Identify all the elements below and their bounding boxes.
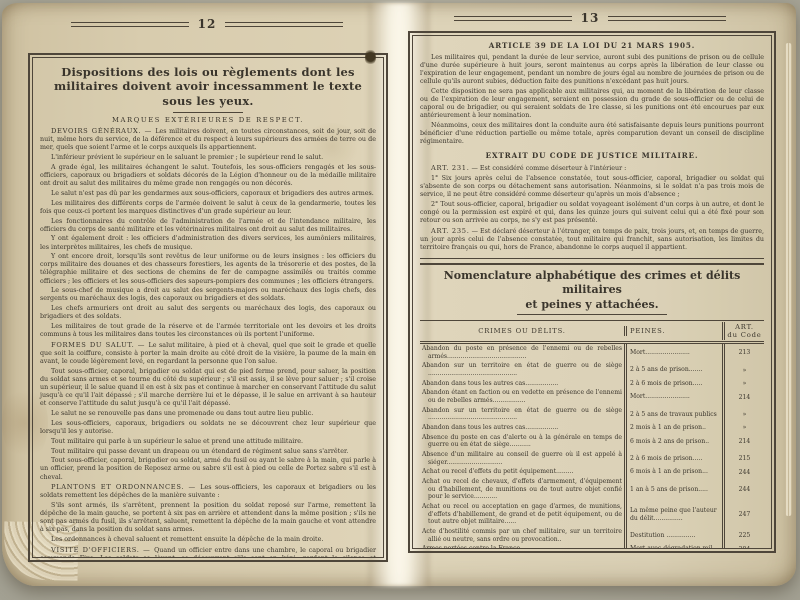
table-row: Armes portées contre la France,.........…: [420, 544, 764, 549]
section-heading: MARQUES EXTÉRIEURES DE RESPECT.: [40, 116, 376, 124]
paragraph: Le sous-chef de musique a droit au salut…: [40, 287, 376, 303]
paragraph: Tout militaire qui passe devant un drape…: [40, 448, 376, 456]
paragraph: PLANTONS ET ORDONNANCES. — Les sous-offi…: [40, 483, 376, 500]
nomenclature-title-line1: Nomenclature alphabétique des crimes et …: [444, 269, 741, 296]
cell-art: »: [722, 406, 764, 423]
cell-crime: Abandon étant en faction ou en vedette e…: [420, 388, 624, 405]
paragraph: Les militaires de tout grade de la réser…: [40, 323, 376, 339]
cell-peine: 1 an à 5 ans de prison.....: [624, 477, 722, 502]
page-12-content: Dispositions des lois ou règlements dont…: [32, 57, 384, 558]
article-heading: ARTICLE 39 DE LA LOI DU 21 MARS 1905.: [420, 41, 764, 50]
cell-peine: Mort.......................: [624, 388, 722, 405]
paragraph: L'inférieur prévient le supérieur en le …: [40, 154, 376, 162]
cell-peine: Mort avec dégradation mil.: [624, 544, 722, 549]
nomenclature-title: Nomenclature alphabétique des crimes et …: [426, 269, 758, 312]
paragraph: Les sous-officiers, caporaux, brigadiers…: [40, 420, 376, 436]
paragraph-lead: VISITE D'OFFICIERS. —: [51, 546, 154, 554]
body-text-left: DEVOIRS GÉNÉRAUX. — Les militaires doive…: [40, 127, 376, 558]
paragraph: 1° Six jours après celui de l'absence co…: [420, 175, 764, 199]
paragraph: Les fonctionnaires du contrôle de l'admi…: [40, 218, 376, 234]
paragraph: S'ils sont armés, ils s'arrêtent, prenne…: [40, 502, 376, 534]
paragraph: Cette disposition ne sera pas applicable…: [420, 88, 764, 120]
paragraph-lead: DEVOIRS GÉNÉRAUX. —: [51, 127, 155, 135]
cell-art: »: [722, 423, 764, 433]
paragraph: Tout sous-officier, caporal, brigadier o…: [40, 457, 376, 481]
paragraph: Le salut n'est pas dû par les gendarmes …: [40, 190, 376, 198]
cell-peine: La même peine que l'auteur du délit.....…: [624, 502, 722, 527]
column-header-peines: PEINES.: [624, 326, 722, 337]
page-13-content: ARTICLE 39 DE LA LOI DU 21 MARS 1905. Le…: [412, 35, 772, 549]
cell-crime: Abandon dans tous les autres cas........…: [420, 379, 624, 389]
table-row: Abandon étant en faction ou en vedette e…: [420, 388, 764, 405]
paragraph: FORMES DU SALUT. — Le salut militaire, à…: [40, 341, 376, 366]
paragraph: Néanmoins, ceux des militaires dont la c…: [420, 122, 764, 146]
paragraph: ART. 235. — Est déclaré déserteur à l'ét…: [420, 227, 764, 252]
table-row: Achat ou recel ou acceptation en gage d'…: [420, 502, 764, 527]
cell-peine: 6 mois à 2 ans de prison..: [624, 433, 722, 450]
table-body: Abandon du poste en présence de l'ennemi…: [420, 344, 764, 549]
cell-art: 214: [722, 388, 764, 405]
cell-art: 244: [722, 477, 764, 502]
table-row: Absence d'un militaire au conseil de gue…: [420, 450, 764, 467]
paragraph: 2° Tout sous-officier, caporal, brigadie…: [420, 201, 764, 225]
paragraph: Le salut ne se renouvelle pas dans une p…: [40, 410, 376, 418]
page-number: 13: [581, 11, 600, 25]
table-row: Achat ou recel d'effets du petit équipem…: [420, 467, 764, 477]
paragraph: Les militaires qui, pendant la durée de …: [420, 54, 764, 86]
paragraph-lead: ART. 235.: [431, 227, 470, 235]
cell-crime: Absence du poste en cas d'alerte ou à la…: [420, 433, 624, 450]
page-13-frame: ARTICLE 39 DE LA LOI DU 21 MARS 1905. Le…: [408, 31, 776, 553]
table-row: Abandon sur un territoire en état de gue…: [420, 361, 764, 378]
section-divider-rule: [420, 258, 764, 265]
cell-art: 214: [722, 433, 764, 450]
decorative-rule: [608, 16, 726, 21]
page-number: 12: [198, 17, 217, 31]
cell-art: 213: [722, 344, 764, 361]
table-row: Abandon sur un territoire en état de gue…: [420, 406, 764, 423]
cell-art: 215: [722, 450, 764, 467]
paragraph: Tout sous-officier, caporal, brigadier o…: [40, 368, 376, 408]
cell-crime: Achat ou recel d'effets du petit équipem…: [420, 467, 624, 477]
cell-peine: 6 mois à 1 an de prison...: [624, 467, 722, 477]
extrait-paragraphs: ART. 231. — Est considéré comme déserteu…: [420, 164, 764, 252]
cell-crime: Achat ou recel ou acceptation en gage d'…: [420, 502, 624, 527]
cell-crime: Abandon dans tous les autres cas........…: [420, 423, 624, 433]
cell-peine: Destitution ...............: [624, 527, 722, 544]
article-paragraphs: Les militaires qui, pendant la durée de …: [420, 54, 764, 146]
paragraph: Les militaires des différents corps de l…: [40, 200, 376, 216]
stacked-page-edges: [785, 43, 792, 516]
cell-art: 247: [722, 502, 764, 527]
paragraph: Y ont encore droit, lorsqu'ils sont revê…: [40, 253, 376, 285]
table-row: Achat ou recel de chevaux, d'effets d'ar…: [420, 477, 764, 502]
cell-peine: 2 à 6 mois de prison.....: [624, 450, 722, 467]
cell-crime: Acte d'hostilité commis par un chef mili…: [420, 527, 624, 544]
ink-blot: [365, 49, 376, 65]
page-number-row-right: 13: [408, 11, 772, 25]
decorative-rule: [225, 22, 343, 27]
title-rule: [173, 112, 243, 113]
table-row: Acte d'hostilité commis par un chef mili…: [420, 527, 764, 544]
paragraph-lead: ART. 231.: [431, 164, 470, 172]
cell-crime: Abandon du poste en présence de l'ennemi…: [420, 344, 624, 361]
paragraph: ART. 231. — Est considéré comme déserteu…: [420, 164, 764, 173]
paragraph: Les ordonnances à cheval saluent et reme…: [40, 536, 376, 544]
cell-peine: 2 à 6 mois de prison.....: [624, 379, 722, 389]
decorative-rule: [454, 16, 572, 21]
paragraph: DEVOIRS GÉNÉRAUX. — Les militaires doive…: [40, 127, 376, 152]
paragraph: Les chefs armuriers ont droit au salut d…: [40, 305, 376, 321]
cell-peine: Mort.......................: [624, 344, 722, 361]
paragraph: VISITE D'OFFICIERS. — Quand un officier …: [40, 546, 376, 558]
cell-crime: Armes portées contre la France,.........…: [420, 544, 624, 549]
table-row: Abandon dans tous les autres cas........…: [420, 379, 764, 389]
cell-peine: 2 à 5 ans de prison.......: [624, 361, 722, 378]
cell-art: »: [722, 361, 764, 378]
paragraph-lead: FORMES DU SALUT. —: [51, 341, 149, 349]
paragraph: Tout militaire qui parle à un supérieur …: [40, 438, 376, 446]
cell-peine: 2 à 5 ans de travaux publics: [624, 406, 722, 423]
cell-peine: 2 mois à 1 an de prison..: [624, 423, 722, 433]
cell-art: »: [722, 379, 764, 389]
title-rule: [517, 314, 667, 315]
cell-crime: Abandon sur un territoire en état de gue…: [420, 406, 624, 423]
cell-art: 225: [722, 527, 764, 544]
cell-crime: Abandon sur un territoire en état de gue…: [420, 361, 624, 378]
nomenclature-title-line2: et peines y attachées.: [525, 298, 658, 311]
cell-crime: Achat ou recel de chevaux, d'effets d'ar…: [420, 477, 624, 502]
table-row: Abandon dans tous les autres cas........…: [420, 423, 764, 433]
paragraph: Y ont également droit : les officiers d'…: [40, 235, 376, 251]
scanned-military-booklet: 12 Dispositions des lois ou règlements d…: [2, 3, 796, 586]
paragraph-lead: PLANTONS ET ORDONNANCES. —: [51, 483, 200, 491]
extrait-heading: EXTRAIT DU CODE DE JUSTICE MILITAIRE.: [420, 151, 764, 160]
cell-art: 204: [722, 544, 764, 549]
crimes-table: CRIMES OU DÉLITS. PEINES. ART. du Code A…: [420, 320, 764, 549]
table-header-row: CRIMES OU DÉLITS. PEINES. ART. du Code: [420, 321, 764, 344]
table-row: Abandon du poste en présence de l'ennemi…: [420, 344, 764, 361]
cell-art: 244: [722, 467, 764, 477]
paragraph: A grade égal, les militaires échangent l…: [40, 164, 376, 188]
column-header-crimes: CRIMES OU DÉLITS.: [420, 321, 624, 341]
page-12-frame: Dispositions des lois ou règlements dont…: [28, 53, 388, 562]
decorative-rule: [71, 22, 189, 27]
page-number-row-left: 12: [28, 17, 386, 31]
column-header-art: ART. du Code: [722, 322, 764, 340]
table-row: Absence du poste en cas d'alerte ou à la…: [420, 433, 764, 450]
cell-crime: Absence d'un militaire au conseil de gue…: [420, 450, 624, 467]
page-title: Dispositions des lois ou règlements dont…: [52, 65, 364, 108]
